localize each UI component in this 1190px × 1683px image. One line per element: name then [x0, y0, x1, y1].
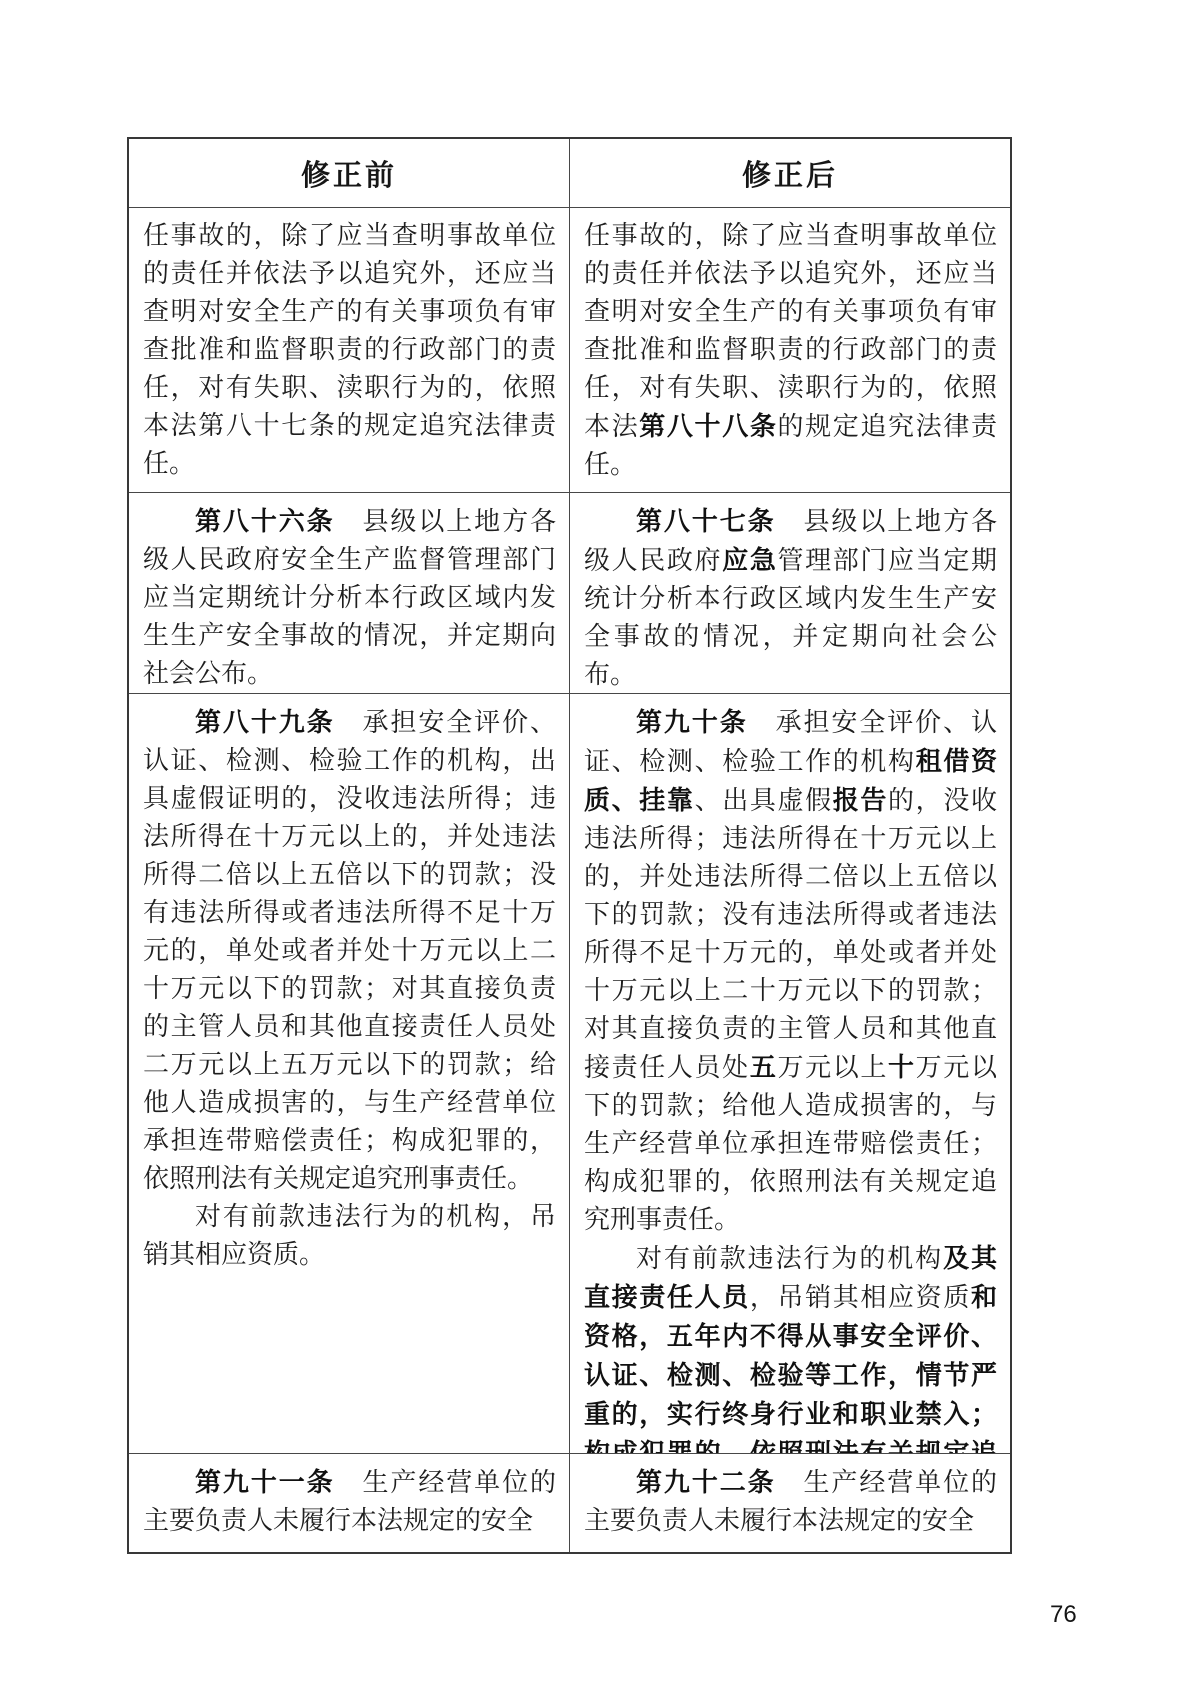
- cell-content: 第八十七条 县级以上地方各级人民政府应急管理部门应当定期统计分析本行政区域内发生…: [570, 493, 1010, 693]
- table-row: 第九十一条 生产经营单位的主要负责人未履行本法规定的安全第九十二条 生产经营单位…: [128, 1454, 1011, 1554]
- cell-after: 第九十条 承担安全评价、认证、检测、检验工作的机构租借资质、挂靠、出具虚假报告的…: [570, 694, 1012, 1454]
- page-number: 76: [1050, 1601, 1077, 1629]
- table-header-row: 修正前 修正后: [128, 138, 1011, 208]
- law-text: 对有前款违法行为的机构，吊销其相应资质。: [143, 1202, 556, 1269]
- comparison-table: 修正前 修正后 任事故的，除了应当查明事故单位的责任并依法予以追究外，还应当查明…: [127, 137, 1012, 1554]
- cell-content: 任事故的，除了应当查明事故单位的责任并依法予以追究外，还应当查明对安全生产的有关…: [129, 208, 569, 492]
- amended-text: 第九十条: [636, 707, 748, 737]
- law-paragraph: 第九十二条 生产经营单位的主要负责人未履行本法规定的安全: [584, 1463, 997, 1540]
- cell-after: 第九十二条 生产经营单位的主要负责人未履行本法规定的安全: [570, 1454, 1012, 1554]
- cell-before: 任事故的，除了应当查明事故单位的责任并依法予以追究外，还应当查明对安全生产的有关…: [128, 208, 570, 493]
- document-page: 修正前 修正后 任事故的，除了应当查明事故单位的责任并依法予以追究外，还应当查明…: [0, 0, 1190, 1683]
- law-text: 万元以上: [777, 1053, 888, 1082]
- law-text: 任事故的，除了应当查明事故单位的责任并依法予以追究外，还应当查明对安全生产的有关…: [143, 221, 556, 478]
- amended-text: 应急: [722, 545, 777, 575]
- cell-content: 第八十六条 县级以上地方各级人民政府安全生产监督管理部门应当定期统计分析本行政区…: [129, 493, 569, 693]
- law-paragraph: 第九十一条 生产经营单位的主要负责人未履行本法规定的安全: [143, 1463, 556, 1540]
- amended-text: 第九十一条: [195, 1467, 335, 1497]
- law-paragraph: 任事故的，除了应当查明事故单位的责任并依法予以追究外，还应当查明对安全生产的有关…: [143, 217, 556, 483]
- cell-content: 第九十一条 生产经营单位的主要负责人未履行本法规定的安全: [129, 1454, 569, 1552]
- amended-text: 第八十九条: [195, 707, 335, 737]
- cell-before: 第八十六条 县级以上地方各级人民政府安全生产监督管理部门应当定期统计分析本行政区…: [128, 493, 570, 694]
- cell-content: 第九十二条 生产经营单位的主要负责人未履行本法规定的安全: [570, 1454, 1010, 1552]
- amended-text: 第八十七条: [636, 506, 776, 536]
- law-paragraph: 对有前款违法行为的机构，吊销其相应资质。: [143, 1198, 556, 1274]
- cell-before: 第八十九条 承担安全评价、认证、检测、检验工作的机构，出具虚假证明的，没收违法所…: [128, 694, 570, 1454]
- table-row: 第八十六条 县级以上地方各级人民政府安全生产监督管理部门应当定期统计分析本行政区…: [128, 493, 1011, 694]
- law-paragraph: 第八十六条 县级以上地方各级人民政府安全生产监督管理部门应当定期统计分析本行政区…: [143, 502, 556, 693]
- table-row: 任事故的，除了应当查明事故单位的责任并依法予以追究外，还应当查明对安全生产的有关…: [128, 208, 1011, 493]
- amended-text: 十: [888, 1052, 916, 1082]
- law-paragraph: 任事故的，除了应当查明事故单位的责任并依法予以追究外，还应当查明对安全生产的有关…: [584, 217, 997, 484]
- law-paragraph: 对有前款违法行为的机构及其直接责任人员，吊销其相应资质和资格，五年内不得从事安全…: [584, 1239, 997, 1453]
- law-paragraph: 第九十条 承担安全评价、认证、检测、检验工作的机构租借资质、挂靠、出具虚假报告的…: [584, 703, 997, 1239]
- law-paragraph: 第八十七条 县级以上地方各级人民政府应急管理部门应当定期统计分析本行政区域内发生…: [584, 502, 997, 693]
- law-text: ，吊销其相应资质: [750, 1283, 971, 1312]
- amended-text: 五: [750, 1052, 778, 1082]
- cell-content: 任事故的，除了应当查明事故单位的责任并依法予以追究外，还应当查明对安全生产的有关…: [570, 208, 1010, 492]
- law-text: 的，没收违法所得；违法所得在十万元以上的，并处违法所得二倍以上五倍以下的罚款；没…: [584, 786, 997, 1082]
- amended-text: 第九十二条: [636, 1467, 776, 1497]
- column-header-after: 修正后: [570, 138, 1012, 208]
- column-header-before: 修正前: [128, 138, 570, 208]
- amended-text: 第八十八条: [639, 411, 777, 441]
- cell-before: 第九十一条 生产经营单位的主要负责人未履行本法规定的安全: [128, 1454, 570, 1554]
- law-paragraph: 第八十九条 承担安全评价、认证、检测、检验工作的机构，出具虚假证明的，没收违法所…: [143, 703, 556, 1198]
- law-text: 、出具虚假: [695, 786, 833, 815]
- law-text: 任事故的，除了应当查明事故单位的责任并依法予以追究外，还应当查明对安全生产的有关…: [584, 221, 997, 441]
- cell-after: 第八十七条 县级以上地方各级人民政府应急管理部门应当定期统计分析本行政区域内发生…: [570, 493, 1012, 694]
- cell-content: 第九十条 承担安全评价、认证、检测、检验工作的机构租借资质、挂靠、出具虚假报告的…: [570, 694, 1010, 1453]
- law-text: 对有前款违法行为的机构: [636, 1244, 943, 1273]
- table-row: 第八十九条 承担安全评价、认证、检测、检验工作的机构，出具虚假证明的，没收违法所…: [128, 694, 1011, 1454]
- cell-after: 任事故的，除了应当查明事故单位的责任并依法予以追究外，还应当查明对安全生产的有关…: [570, 208, 1012, 493]
- amended-text: 报告: [833, 785, 888, 815]
- law-text: 承担安全评价、认证、检测、检验工作的机构，出具虚假证明的，没收违法所得；违法所得…: [143, 708, 556, 1193]
- cell-content: 第八十九条 承担安全评价、认证、检测、检验工作的机构，出具虚假证明的，没收违法所…: [129, 694, 569, 1453]
- amended-text: 第八十六条: [195, 506, 335, 536]
